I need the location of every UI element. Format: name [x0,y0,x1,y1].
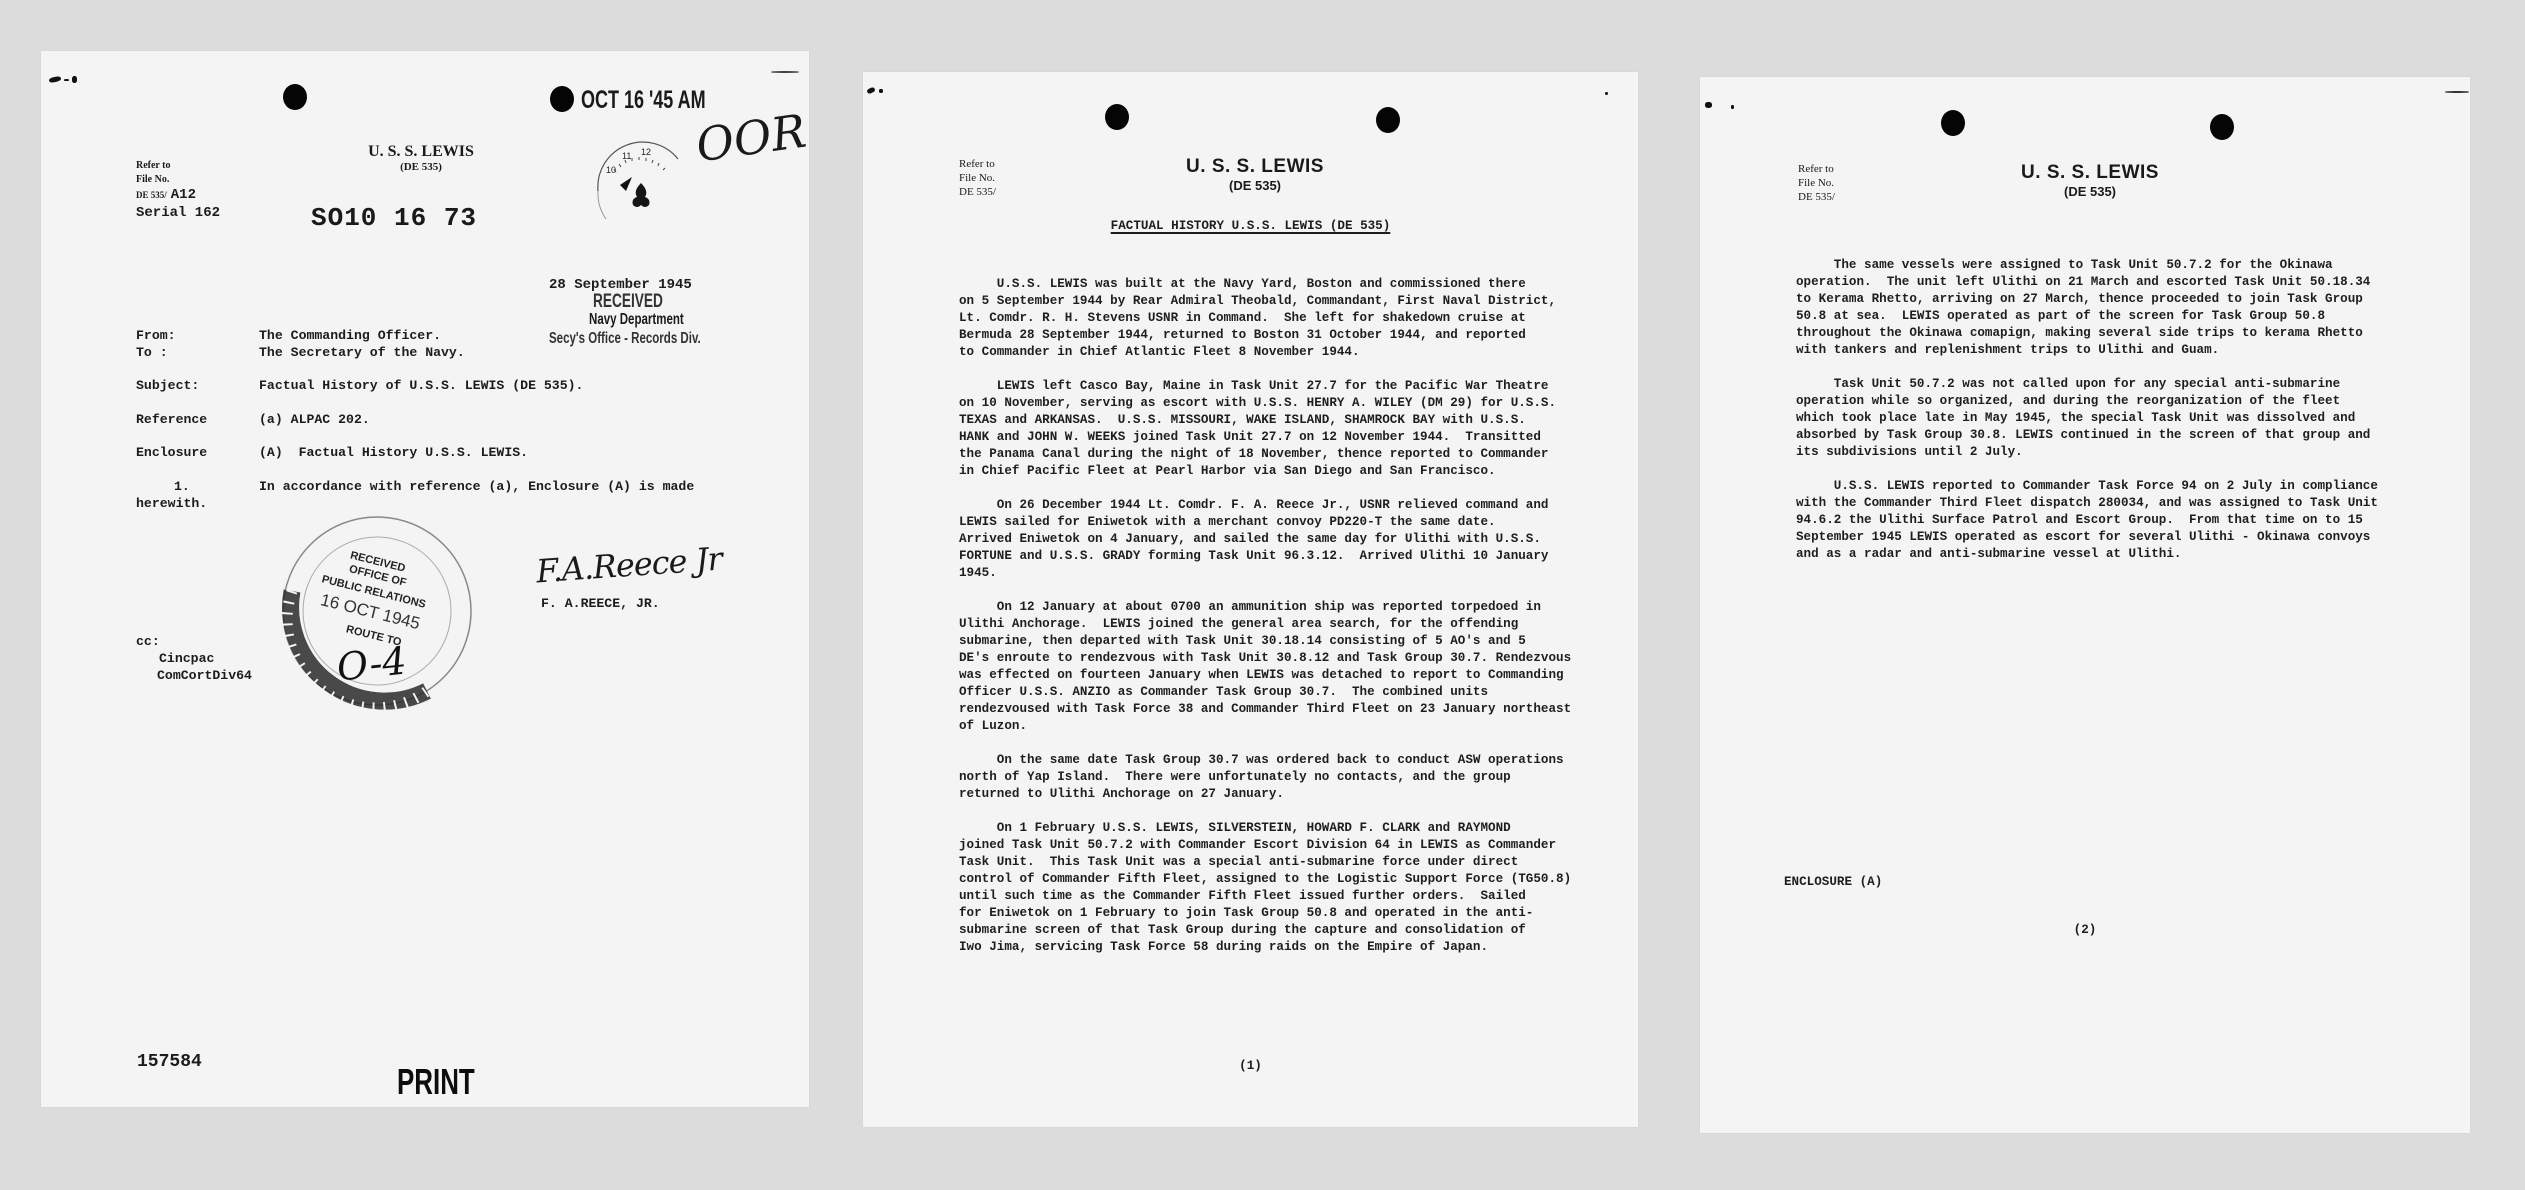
history-paragraph: LEWIS left Casco Bay, Maine in Task Unit… [959,378,1571,480]
from-value: The Commanding Officer. [259,327,441,344]
scan-artifact [866,87,875,95]
from-label: From: [136,327,176,344]
handwritten-routing-code: OOR [693,104,810,173]
navy-department-stamp: Navy Department [589,311,684,329]
history-paragraph: On the same date Task Group 30.7 was ord… [959,752,1571,803]
serial-number: Serial 162 [136,205,220,222]
history-paragraph: On 26 December 1944 Lt. Comdr. F. A. Ree… [959,497,1571,582]
clock-stamp-icon: 10 11 12 [586,131,696,241]
file-prefix: DE 535/ [959,185,996,199]
scan-artifact [64,79,69,81]
scan-artifact [1705,102,1712,108]
file-no-label: File No. [136,173,196,187]
scan-artifact [72,76,77,83]
document-number: 157584 [137,1054,202,1071]
refer-to-label: Refer to [1798,162,1835,176]
document-heading: FACTUAL HISTORY U.S.S. LEWIS (DE 535) [863,218,1638,235]
records-division-stamp: Secy's Office - Records Div. [549,330,701,348]
cc-item: ComCortDiv64 [157,667,252,684]
signature-typed-name: F. A.REECE, JR. [541,595,660,612]
scan-artifact [1605,92,1608,95]
hull-number: (DE 535) [301,161,541,173]
svg-text:O-4: O-4 [335,639,409,690]
hull-number: (DE 535) [1110,178,1400,193]
svg-text:11: 11 [622,151,631,161]
print-stamp: PRINT [397,1061,475,1103]
refer-to-block: Refer to File No. DE 535/ [959,157,996,199]
history-body: U.S.S. LEWIS was built at the Navy Yard,… [959,276,1571,973]
control-number-stamp: SO10 16 73 [311,203,477,233]
letterhead: U. S. S. LEWIS (DE 535) [1110,156,1400,193]
to-value: The Secretary of the Navy. [259,344,465,361]
svg-text:12: 12 [641,147,651,157]
enclosure-value: (A) Factual History U.S.S. LEWIS. [259,444,528,461]
ship-name: U. S. S. LEWIS [1945,162,2235,184]
file-prefix: DE 535/ [1798,190,1835,204]
document-page-cover-letter: Refer to File No. DE 535/ A12 Serial 162… [41,51,809,1107]
reference-value: (a) ALPAC 202. [259,411,370,428]
file-no-label: File No. [959,171,996,185]
binder-hole [283,84,307,110]
history-paragraph: On 12 January at about 0700 an ammunitio… [959,599,1571,735]
subject-value: Factual History of U.S.S. LEWIS (DE 535)… [259,377,583,394]
scan-artifact [771,71,799,73]
document-page-history-1: Refer to File No. DE 535/ U. S. S. LEWIS… [863,72,1638,1127]
subject-label: Subject: [136,377,199,394]
refer-to-label: Refer to [959,157,996,171]
refer-to-block: Refer to File No. DE 535/ A12 [136,159,196,204]
document-page-history-2: Refer to File No. DE 535/ U. S. S. LEWIS… [1700,77,2470,1133]
refer-to-label: Refer to [136,159,196,173]
enclosure-label: Enclosure [136,444,207,461]
file-no-label: File No. [1798,176,1835,190]
scan-artifact [879,89,883,93]
scan-artifact [2445,91,2469,93]
binder-hole [1941,110,1965,136]
history-paragraph: U.S.S. LEWIS reported to Commander Task … [1796,478,2378,563]
hull-number: (DE 535) [1945,184,2235,199]
paragraph-number: 1. [174,478,190,495]
binder-hole [550,86,574,112]
history-paragraph: On 1 February U.S.S. LEWIS, SILVERSTEIN,… [959,820,1571,956]
history-paragraph: Task Unit 50.7.2 was not called upon for… [1796,376,2378,461]
refer-to-block: Refer to File No. DE 535/ [1798,162,1835,204]
ship-name: U. S. S. LEWIS [301,143,541,161]
public-relations-stamp-icon: RECEIVED OFFICE OF PUBLIC RELATIONS 16 O… [277,511,477,711]
file-prefix: DE 535/ [136,188,167,202]
received-time-stamp: OCT 16 '45 AM [581,86,706,115]
cc-item: Cincpac [159,650,214,667]
binder-hole [2210,114,2234,140]
scan-artifact [49,76,62,83]
paragraph-continuation: herewith. [136,495,207,512]
binder-hole [1105,104,1129,130]
enclosure-mark: ENCLOSURE (A) [1784,874,1882,891]
scan-artifact [1731,105,1734,109]
received-stamp-label: RECEIVED [593,291,663,313]
page-number: (2) [1700,922,2470,939]
reference-label: Reference [136,411,207,428]
signature: F.A.Reece Jr [535,540,723,591]
letterhead: U. S. S. LEWIS (DE 535) [1945,162,2235,199]
svg-text:10: 10 [606,165,616,175]
paragraph-text: In accordance with reference (a), Enclos… [259,478,694,495]
history-paragraph: U.S.S. LEWIS was built at the Navy Yard,… [959,276,1571,361]
ship-name: U. S. S. LEWIS [1110,156,1400,178]
cc-label: cc: [136,633,160,650]
binder-hole [1376,107,1400,133]
to-label: To : [136,344,168,361]
history-body: The same vessels were assigned to Task U… [1796,257,2378,580]
page-number: (1) [863,1058,1638,1075]
file-suffix: A12 [171,187,196,204]
history-paragraph: The same vessels were assigned to Task U… [1796,257,2378,359]
letterhead: U. S. S. LEWIS (DE 535) [301,143,541,173]
